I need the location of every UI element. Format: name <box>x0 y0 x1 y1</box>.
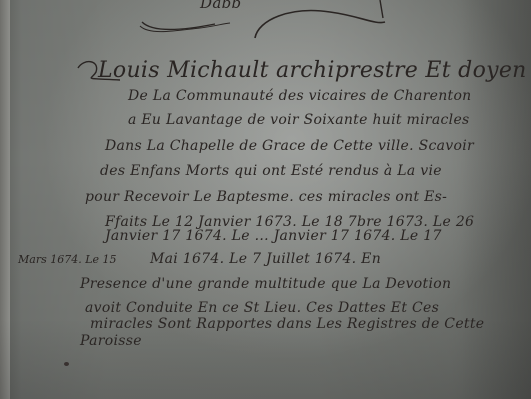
manuscript-line-8: Janvier 17 1674. Le ... Janvier 17 1674.… <box>105 228 442 244</box>
manuscript-line-6: pour Recevoir Le Baptesme. ces miracles … <box>85 189 447 205</box>
manuscript-line-5: des Enfans Morts qui ont Esté rendus à L… <box>100 163 442 179</box>
margin-note: Mars 1674. Le 15 <box>18 253 117 266</box>
manuscript-page: Dabb Louis Michault archiprestre Et doye… <box>0 0 531 399</box>
right-shadow <box>461 0 531 399</box>
manuscript-line-11: avoit Conduite En ce St Lieu. Ces Dattes… <box>85 300 439 316</box>
manuscript-line-4: Dans La Chapelle de Grace de Cette ville… <box>105 138 474 154</box>
manuscript-line-2: De La Communauté des vicaires de Charent… <box>128 88 472 104</box>
manuscript-line-10: Presence d'une grande multitude que La D… <box>80 276 451 292</box>
heading-fragment: Dabb <box>200 0 241 12</box>
manuscript-line-3: a Eu Lavantage de voir Soixante huit mir… <box>128 112 470 128</box>
bottom-shadow <box>0 319 531 399</box>
manuscript-line-9: Mai 1674. Le 7 Juillet 1674. En <box>150 251 381 267</box>
